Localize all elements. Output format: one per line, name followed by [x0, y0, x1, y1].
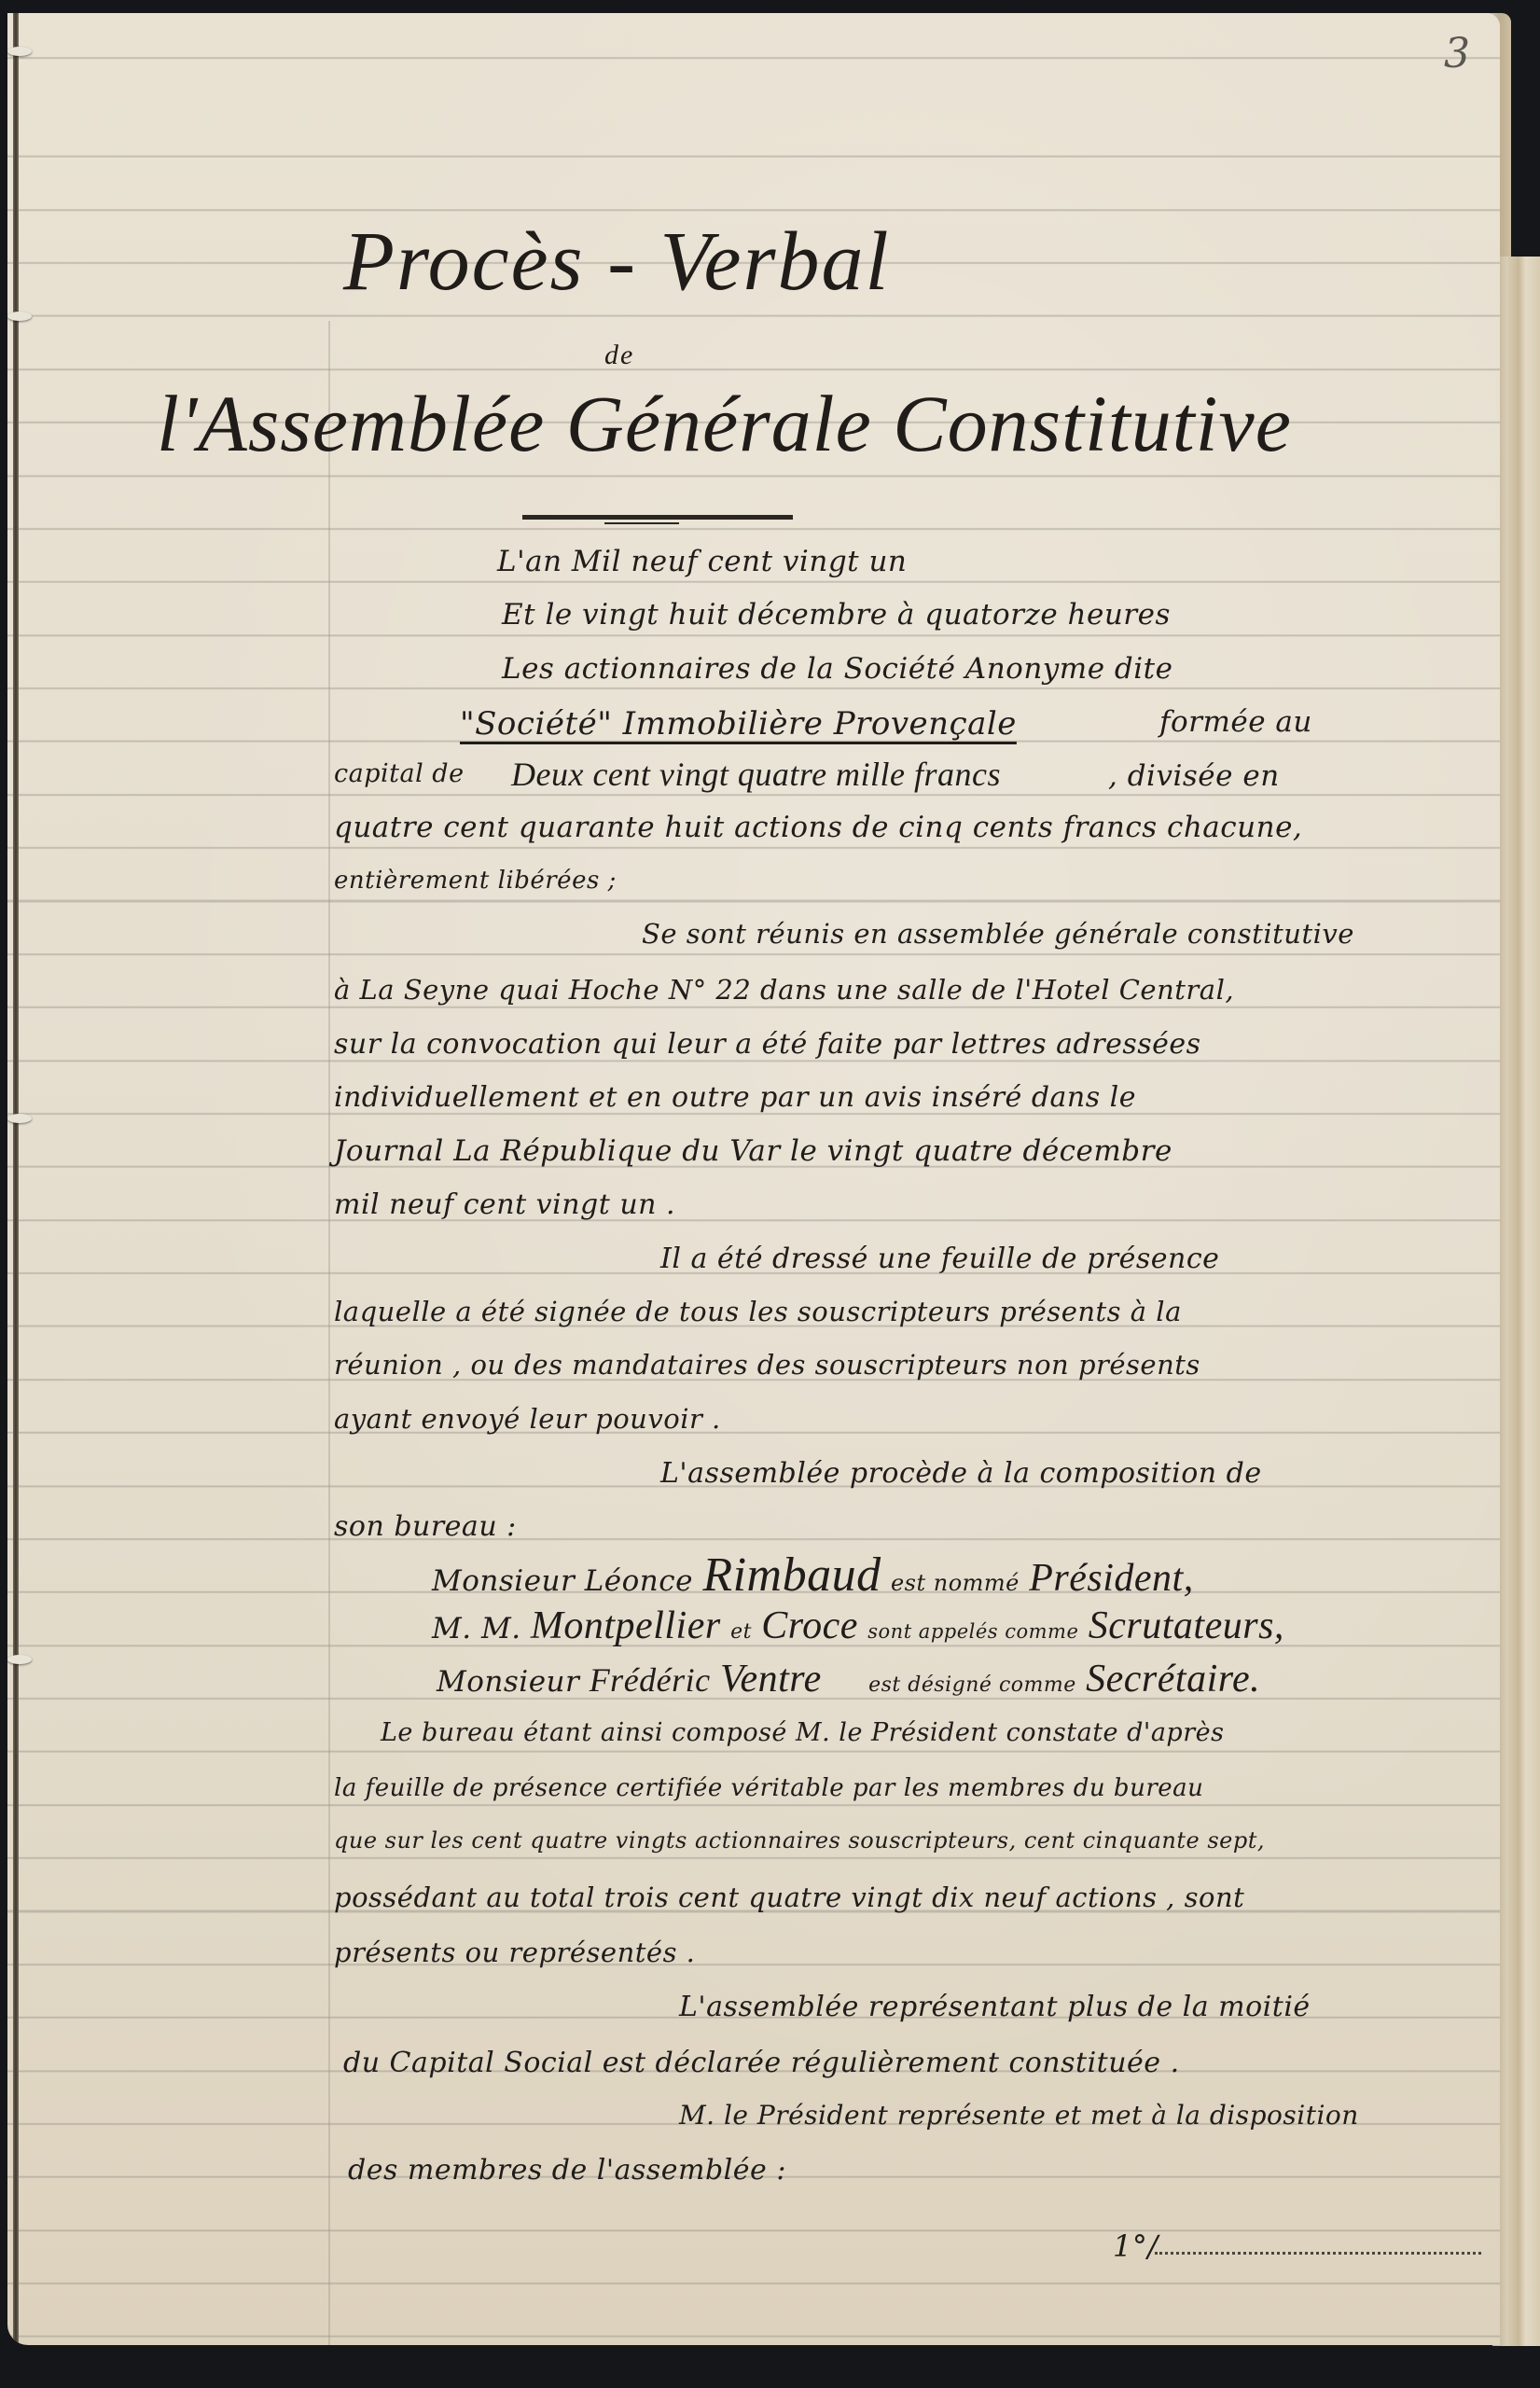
secretaire-role: Secrétaire.	[1086, 1658, 1260, 1701]
document-subtitle: l'Assemblée Générale Constitutive	[157, 377, 1292, 470]
company-name: "Société" Immobilière Provençale	[460, 705, 1017, 743]
body-line: individuellement et en outre par un avis…	[334, 1081, 1136, 1114]
body-line: la feuille de présence certifiée véritab…	[334, 1774, 1203, 1802]
president-last-name: Rimbaud	[702, 1548, 881, 1602]
president-role: Président,	[1029, 1557, 1193, 1600]
scrutateur-name-1: Montpellier	[531, 1604, 721, 1647]
body-line: Et le vingt huit décembre à quatorze heu…	[502, 598, 1171, 632]
body-line: Se sont réunis en assemblée générale con…	[642, 918, 1354, 950]
body-line: du Capital Social est déclarée régulière…	[343, 2047, 1180, 2079]
body-line: Il a été dressé une feuille de présence	[660, 1243, 1219, 1275]
binding-stitch-icon	[7, 312, 32, 321]
secretaire-verb: est désigné comme	[868, 1673, 1076, 1697]
title-underline	[522, 515, 793, 520]
margin-line	[328, 321, 330, 2345]
body-line: M. le Président représente et met à la d…	[679, 2100, 1359, 2131]
president-first-name: Léonce	[585, 1564, 693, 1598]
body-line: capital de	[334, 759, 465, 788]
binding-spine	[13, 13, 19, 2345]
body-line: à La Seyne quai Hoche N° 22 dans une sal…	[334, 974, 1234, 1006]
body-line: Journal La République du Var le vingt qu…	[334, 1134, 1172, 1168]
scrutateurs-and: et	[730, 1620, 752, 1644]
body-line: Le bureau étant ainsi composé M. le Prés…	[381, 1718, 1224, 1747]
body-line: possédant au total trois cent quatre vin…	[334, 1881, 1244, 1913]
body-line: L'assemblée représentant plus de la moit…	[679, 1991, 1311, 2023]
body-line: ayant envoyé leur pouvoir .	[334, 1403, 721, 1435]
list-marker: 1°/	[1113, 2228, 1158, 2264]
page-number: 3	[1444, 30, 1470, 77]
dotted-fill-line	[1155, 2252, 1481, 2255]
president-prefix: Monsieur	[432, 1564, 575, 1598]
secretaire-line: Monsieur Frédéric Ventre est désigné com…	[437, 1657, 1260, 1701]
body-line: réunion , ou des mandataires des souscri…	[334, 1349, 1200, 1381]
body-line: laquelle a été signée de tous les souscr…	[334, 1296, 1182, 1327]
scrutateur-name-2: Croce	[761, 1604, 858, 1647]
binding-stitch-icon	[7, 47, 32, 56]
body-line: quatre cent quarante huit actions de cin…	[334, 811, 1302, 844]
body-line: , divisée en	[1108, 759, 1280, 793]
capital-amount: Deux cent vingt quatre mille francs	[511, 755, 1001, 794]
body-line: entièrement libérées ;	[334, 867, 617, 895]
document-title: Procès - Verbal	[343, 214, 891, 310]
scrutateurs-verb: sont appelés comme	[867, 1620, 1078, 1643]
title-underline-double	[604, 522, 679, 524]
body-line: sur la convocation qui leur a été faite …	[334, 1028, 1201, 1061]
president-line: Monsieur Léonce Rimbaud est nommé Présid…	[432, 1548, 1194, 1603]
body-line: L'an Mil neuf cent vingt un	[497, 545, 907, 578]
title-connector: de	[604, 340, 634, 371]
body-line: formée au	[1159, 705, 1312, 739]
body-line: présents ou représentés .	[334, 1937, 695, 1968]
body-line: des membres de l'assemblée :	[348, 2154, 786, 2187]
president-verb: est nommé	[891, 1570, 1020, 1596]
body-line: L'assemblée procède à la composition de	[660, 1457, 1262, 1490]
scrutateurs-line: M. M. Montpellier et Croce sont appelés …	[432, 1604, 1284, 1648]
body-line: mil neuf cent vingt un .	[334, 1188, 675, 1221]
body-line: que sur les cent quatre vingts actionnai…	[334, 1827, 1265, 1853]
ledger-page: 3 Procès - Verbal de l'Assemblée Général…	[7, 13, 1500, 2345]
body-line: Les actionnaires de la Société Anonyme d…	[502, 652, 1172, 686]
binding-stitch-icon	[7, 1655, 32, 1664]
secretaire-last-name: Ventre	[720, 1658, 822, 1701]
scrutateurs-role: Scrutateurs,	[1089, 1604, 1284, 1647]
secretaire-prefix: Monsieur	[437, 1665, 579, 1699]
scrutateurs-prefix: M. M.	[432, 1612, 521, 1645]
secretaire-first-name: Frédéric	[590, 1661, 711, 1699]
body-line: son bureau :	[334, 1510, 517, 1543]
binding-stitch-icon	[7, 1114, 32, 1123]
